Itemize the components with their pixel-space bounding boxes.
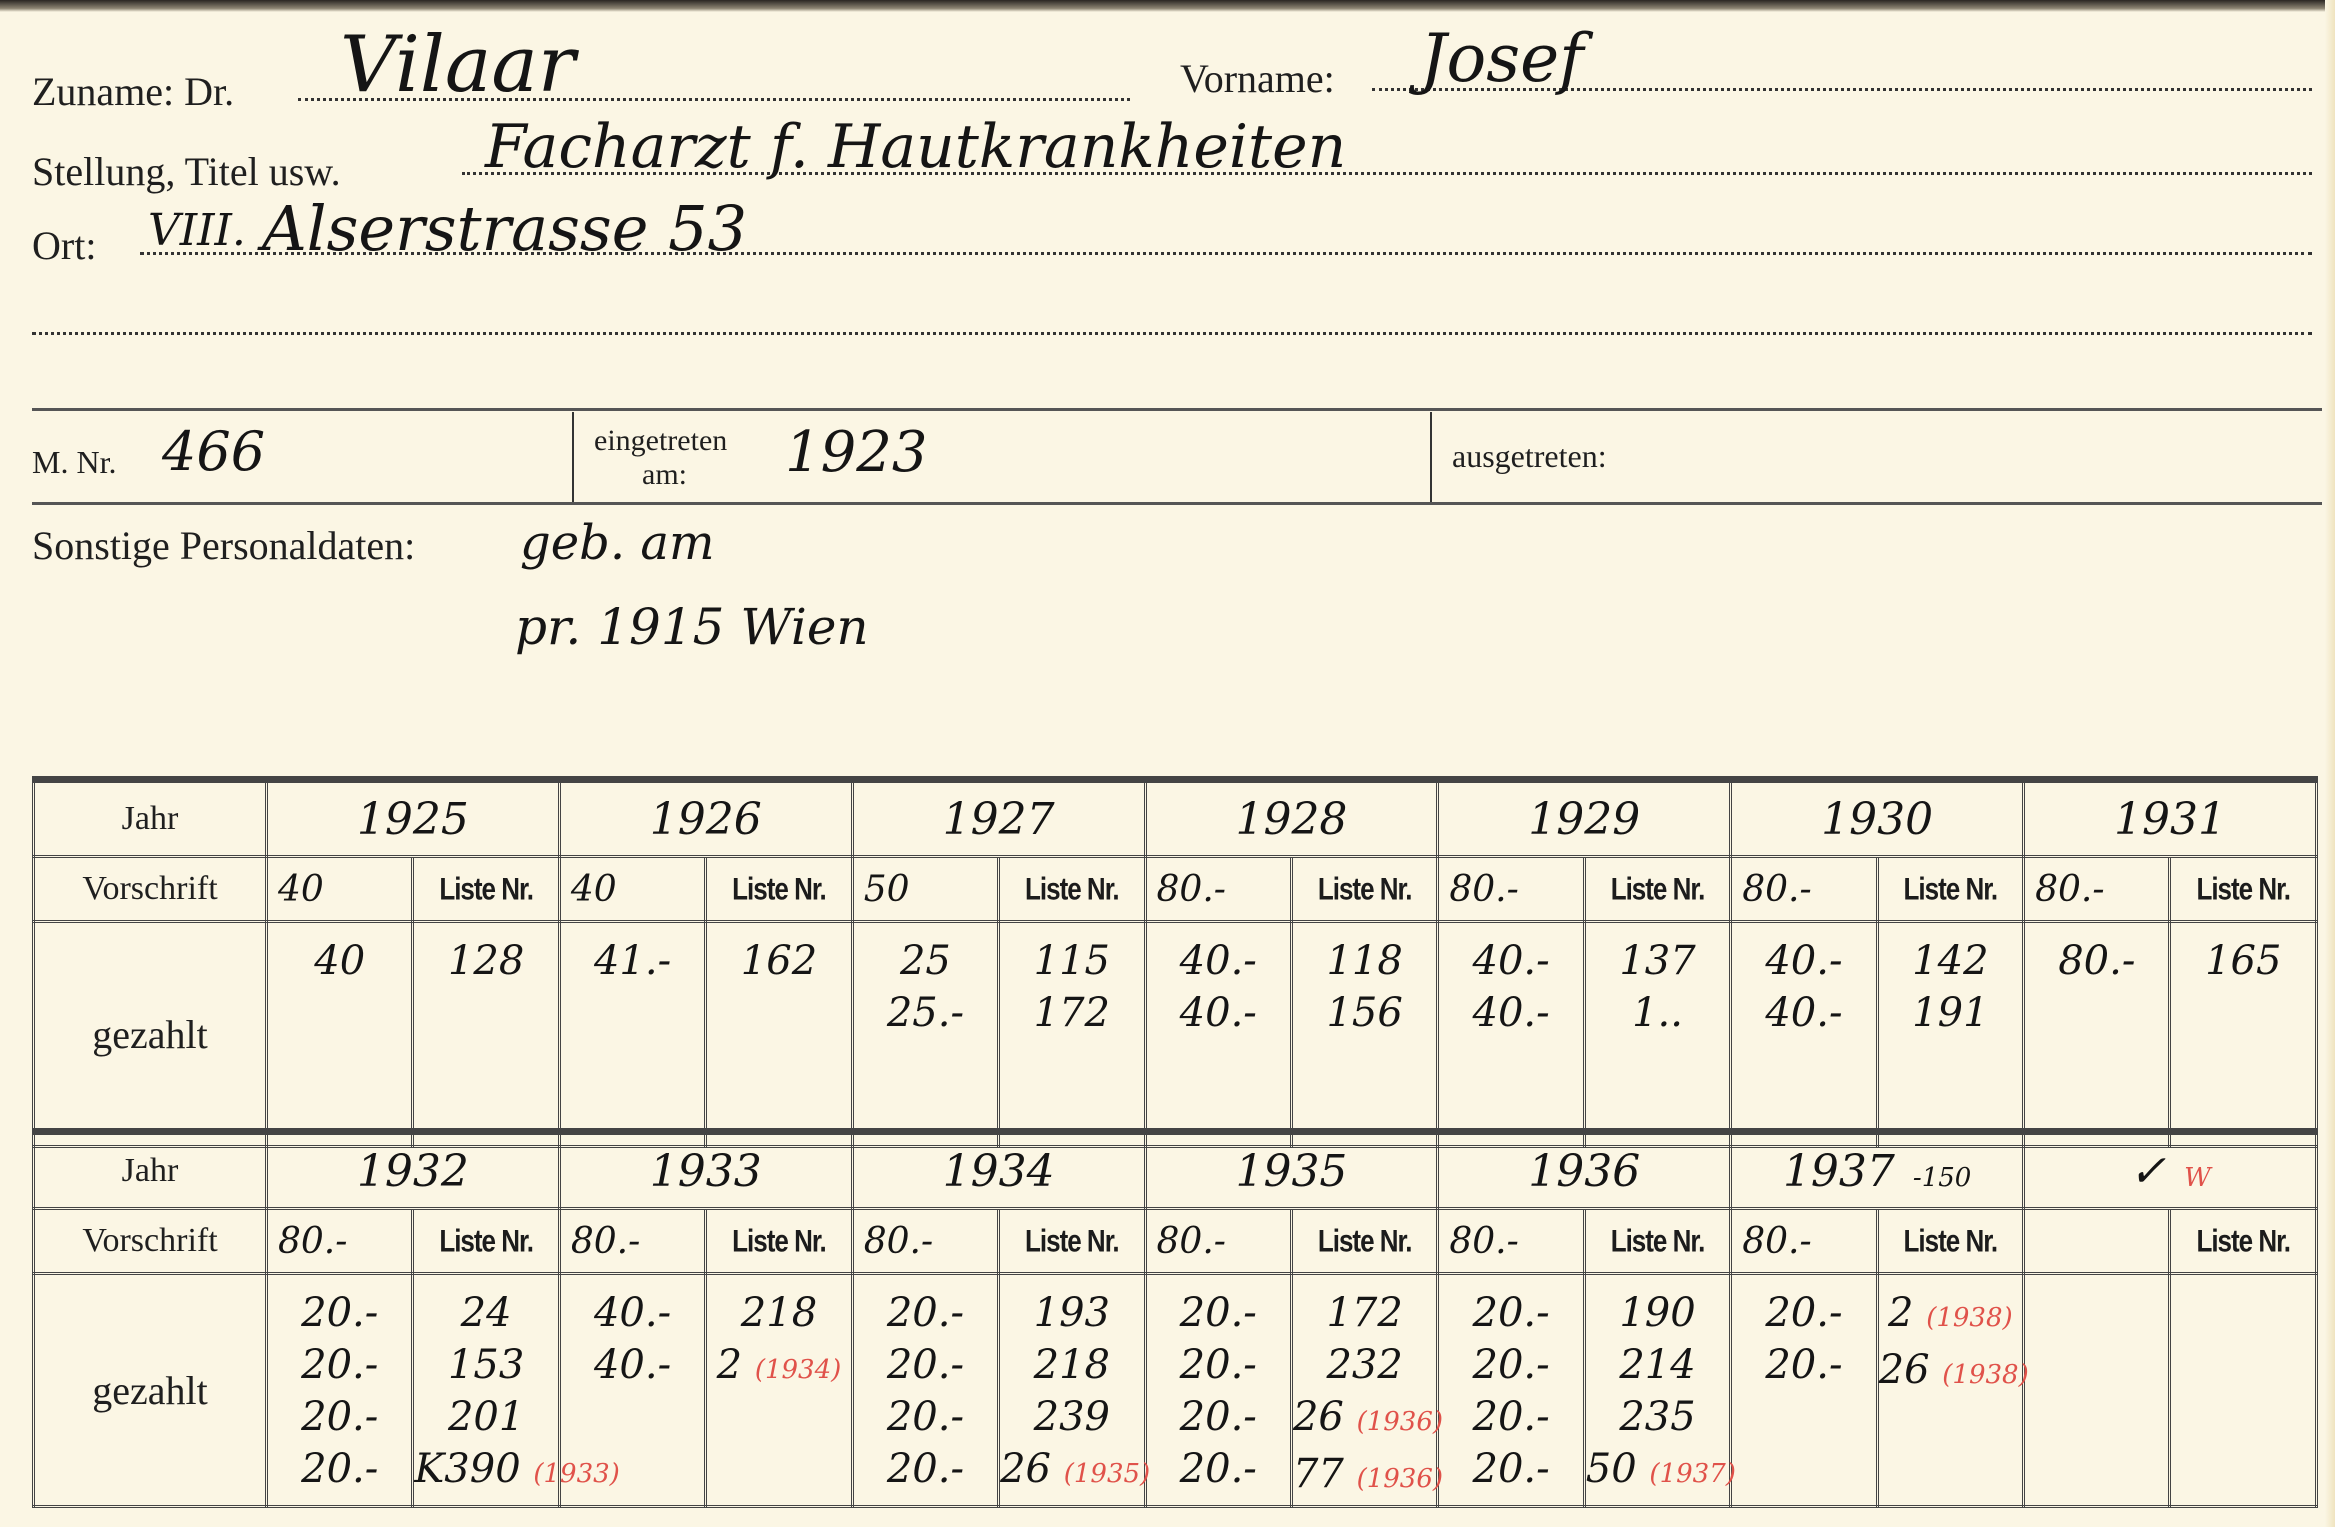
paid-amount: 40.- <box>1439 987 1582 1039</box>
paid-amount: 20.- <box>1439 1339 1582 1391</box>
list-year-note: (1935) <box>1064 1459 1150 1489</box>
year-value: 1935 <box>1235 1146 1347 1197</box>
personal-data-label: Sonstige Personaldaten: <box>32 522 415 569</box>
joined-label-line1: eingetreten <box>594 424 727 458</box>
paid-amount: 20.- <box>854 1339 997 1391</box>
list-numbers: 17223226 (1936)77 (1936) <box>1291 1274 1437 1507</box>
surname-label: Zuname: Dr. <box>32 68 234 115</box>
list-number: 1.. <box>1586 987 1729 1039</box>
year-cell: 1934 <box>852 1132 1145 1209</box>
year-cell: 1928 <box>1145 780 1438 857</box>
list-number: 172 <box>1000 987 1143 1039</box>
list-number: 115 <box>1000 935 1143 987</box>
list-numbers: 165 <box>2170 922 2317 1147</box>
list-numbers: 2 (1938)26 (1938) <box>1877 1274 2023 1507</box>
personal-data-line1: geb. am <box>520 515 715 571</box>
list-number: 214 <box>1586 1339 1729 1391</box>
blank-dotted-line <box>32 332 2312 335</box>
paid-amounts: 40.-40.- <box>1731 922 1877 1147</box>
list-number: 2 (1934) <box>707 1339 850 1396</box>
paid-amount: 40.- <box>1147 987 1290 1039</box>
year-row: Jahr1925192619271928192919301931 <box>34 780 2317 857</box>
year-cell: 1929 <box>1438 780 1731 857</box>
paid-amount: 20.- <box>268 1391 411 1443</box>
paid-amounts: 80.- <box>2024 922 2170 1147</box>
list-number: 26 (1936) <box>1293 1391 1436 1448</box>
list-number: K390 (1933) <box>414 1443 557 1500</box>
list-no-header: Liste Nr. <box>1584 850 1730 928</box>
list-numbers: 142191 <box>1877 922 2023 1147</box>
firstname-value: Josef <box>1420 20 1584 97</box>
year-value: 1928 <box>1235 794 1347 845</box>
paid-amount: 20.- <box>854 1391 997 1443</box>
list-year-note: (1936) <box>1357 1464 1443 1494</box>
year-value: 1929 <box>1528 794 1640 845</box>
prescribed-value <box>2024 1209 2170 1274</box>
year-value: 1933 <box>650 1146 762 1197</box>
list-number: 118 <box>1293 935 1436 987</box>
year-value: 1934 <box>943 1146 1055 1197</box>
list-year-note: (1938) <box>1942 1360 2028 1390</box>
prescribed-row: Vorschrift80.-Liste Nr.80.-Liste Nr.80.-… <box>34 1209 2317 1274</box>
paid-amounts: 20.-20.- <box>1731 1274 1877 1507</box>
member-no-label: M. Nr. <box>32 444 116 481</box>
list-no-header: Liste Nr. <box>2170 850 2317 928</box>
joined-label-line2: am: <box>642 458 687 492</box>
list-numbers: 1371.. <box>1584 922 1730 1147</box>
joined-value: 1923 <box>785 420 928 485</box>
list-no-header: Liste Nr. <box>413 850 559 928</box>
list-number: 201 <box>414 1391 557 1443</box>
prescribed-value: 80.- <box>267 1209 413 1274</box>
paid-amounts: 20.-20.-20.-20.- <box>1145 1274 1291 1507</box>
list-number: 165 <box>2171 935 2315 987</box>
list-number: 77 (1936) <box>1293 1448 1436 1505</box>
year-cell: 1925 <box>267 780 560 857</box>
list-number: 172 <box>1293 1287 1436 1339</box>
year-cell: 1933 <box>559 1132 852 1209</box>
paid-amount: 20.- <box>854 1287 997 1339</box>
year-value: 1937 <box>1783 1146 1895 1197</box>
prescribed-value: 80.- <box>1731 857 1877 922</box>
year-cell: 1930 <box>1731 780 2024 857</box>
list-no-header: Liste Nr. <box>706 1202 852 1280</box>
prescribed-value: 80.- <box>1438 1209 1584 1274</box>
year-value: 1927 <box>943 794 1055 845</box>
prescribed-label: Vorschrift <box>34 1209 267 1274</box>
paid-amount: 20.- <box>1439 1443 1582 1495</box>
list-number: 162 <box>707 935 850 987</box>
paid-amount: 40.- <box>1732 935 1875 987</box>
paid-amount: 20.- <box>1439 1287 1582 1339</box>
list-number: 191 <box>1879 987 2022 1039</box>
personal-data-line2: pr. 1915 Wien <box>515 598 869 656</box>
year-cell: 1932 <box>267 1132 560 1209</box>
year-cell: 1926 <box>559 780 852 857</box>
year-value: 1925 <box>357 794 469 845</box>
list-numbers: 2182 (1934) <box>706 1274 852 1507</box>
list-no-header: Liste Nr. <box>1291 850 1437 928</box>
paid-amount: 20.- <box>1147 1391 1290 1443</box>
year-cell: 1937-150 <box>1731 1132 2024 1209</box>
list-numbers: 128 <box>413 922 559 1147</box>
paid-amount: 40.- <box>561 1287 704 1339</box>
year-value: 1932 <box>357 1146 469 1197</box>
list-no-header: Liste Nr. <box>1877 850 2023 928</box>
year-note: -150 <box>1913 1163 1971 1193</box>
left-label: ausgetreten: <box>1452 438 1607 475</box>
list-numbers: 162 <box>706 922 852 1147</box>
paid-amounts: 20.-20.-20.-20.- <box>852 1274 998 1507</box>
rule-bottom <box>32 502 2322 505</box>
list-no-header: Liste Nr. <box>1584 1202 1730 1280</box>
paid-amount: 40.- <box>1732 987 1875 1039</box>
membership-card: Zuname: Dr. Vilaar Vorname: Josef Stellu… <box>0 0 2335 1527</box>
paid-amounts: 20.-20.-20.-20.- <box>267 1274 413 1507</box>
divider-1 <box>572 412 574 502</box>
year-value: 1930 <box>1821 794 1933 845</box>
list-numbers: 115172 <box>999 922 1145 1147</box>
paid-row: gezahlt20.-20.-20.-20.-24153201K390 (193… <box>34 1274 2317 1507</box>
prescribed-row: Vorschrift40Liste Nr.40Liste Nr.50Liste … <box>34 857 2317 922</box>
list-number: 239 <box>1000 1391 1143 1443</box>
list-number: 50 (1937) <box>1586 1443 1729 1500</box>
paid-label: gezahlt <box>34 1274 267 1507</box>
list-number: 137 <box>1586 935 1729 987</box>
surname-value: Vilaar <box>340 20 575 110</box>
list-number: 232 <box>1293 1339 1436 1391</box>
paid-amounts: 40.-40.- <box>1145 922 1291 1147</box>
paid-amount: 20.- <box>268 1443 411 1495</box>
prescribed-value: 80.- <box>1438 857 1584 922</box>
prescribed-value: 80.- <box>852 1209 998 1274</box>
year-value: 1936 <box>1528 1146 1640 1197</box>
list-numbers: 19321823926 (1935) <box>999 1274 1145 1507</box>
list-number: 156 <box>1293 987 1436 1039</box>
list-year-note: (1938) <box>1926 1303 2012 1333</box>
list-no-header: Liste Nr. <box>1877 1202 2023 1280</box>
year-cell: 1931 <box>2024 780 2317 857</box>
list-number: 218 <box>707 1287 850 1339</box>
member-no-value: 466 <box>162 420 265 483</box>
paid-amount: 40.- <box>1439 935 1582 987</box>
year-cell: 1935 <box>1145 1132 1438 1209</box>
list-year-note: (1934) <box>755 1355 841 1385</box>
year-value: 1931 <box>2114 794 2226 845</box>
paid-amounts: 40 <box>267 922 413 1147</box>
list-no-header: Liste Nr. <box>706 850 852 928</box>
paid-amount: 20.- <box>854 1443 997 1495</box>
year-row: Jahr193219331934193519361937-150✓W <box>34 1132 2317 1209</box>
paid-amounts: 41.- <box>559 922 705 1147</box>
prescribed-value: 80.- <box>1731 1209 1877 1274</box>
list-numbers: 118156 <box>1291 922 1437 1147</box>
paid-row: gezahlt4012841.-1622525.-11517240.-40.-1… <box>34 922 2317 1147</box>
rule-top <box>32 408 2322 411</box>
list-number: 26 (1935) <box>1000 1443 1143 1500</box>
list-no-header: Liste Nr. <box>1291 1202 1437 1280</box>
position-value: Facharzt f. Hautkrankheiten <box>485 112 1346 182</box>
prescribed-value: 80.- <box>1145 1209 1291 1274</box>
fees-table-1925-1931: Jahr1925192619271928192919301931Vorschri… <box>32 776 2318 1148</box>
list-no-header: Liste Nr. <box>999 850 1145 928</box>
year-value: ✓ <box>2129 1146 2166 1197</box>
list-number: 153 <box>414 1339 557 1391</box>
paid-amounts: 40.-40.- <box>1438 922 1584 1147</box>
paid-amount: 20.- <box>1732 1287 1875 1339</box>
paid-amount: 20.- <box>1147 1339 1290 1391</box>
paid-amounts: 2525.- <box>852 922 998 1147</box>
place-value: Alserstrasse 53 <box>262 192 747 265</box>
position-label: Stellung, Titel usw. <box>32 148 341 195</box>
year-cell: 1936 <box>1438 1132 1731 1209</box>
paid-amount: 41.- <box>561 935 704 987</box>
prescribed-value: 80.- <box>2024 857 2170 922</box>
paid-amount: 25.- <box>854 987 997 1039</box>
list-number: 190 <box>1586 1287 1729 1339</box>
paid-amount: 20.- <box>1439 1391 1582 1443</box>
paid-amount: 25 <box>854 935 997 987</box>
list-number: 24 <box>414 1287 557 1339</box>
paid-amount: 20.- <box>1732 1339 1875 1391</box>
paid-amounts <box>2024 1274 2170 1507</box>
list-no-header: Liste Nr. <box>999 1202 1145 1280</box>
paid-amount: 20.- <box>268 1339 411 1391</box>
fees-table-1932-1938: Jahr193219331934193519361937-150✓WVorsch… <box>32 1128 2318 1508</box>
list-no-header: Liste Nr. <box>413 1202 559 1280</box>
year-cell: 1927 <box>852 780 1145 857</box>
year-value: 1926 <box>650 794 762 845</box>
list-number: 128 <box>414 935 557 987</box>
prescribed-value: 50 <box>852 857 998 922</box>
prescribed-value: 40 <box>559 857 705 922</box>
paid-amounts: 20.-20.-20.-20.- <box>1438 1274 1584 1507</box>
paid-label: gezahlt <box>34 922 267 1147</box>
paid-amount: 40 <box>268 935 411 987</box>
prescribed-value: 80.- <box>1145 857 1291 922</box>
divider-2 <box>1430 412 1432 502</box>
year-note: W <box>2184 1163 2211 1193</box>
list-numbers <box>2170 1274 2317 1507</box>
paid-amount: 20.- <box>268 1287 411 1339</box>
paid-amount: 80.- <box>2025 935 2168 987</box>
list-number: 218 <box>1000 1339 1143 1391</box>
place-label: Ort: <box>32 222 96 269</box>
prescribed-value: 40 <box>267 857 413 922</box>
list-no-header: Liste Nr. <box>2170 1202 2317 1280</box>
list-year-note: (1933) <box>533 1459 619 1489</box>
place-district: VIII. <box>148 205 246 256</box>
list-year-note: (1937) <box>1649 1459 1735 1489</box>
year-label: Jahr <box>34 1132 267 1209</box>
paid-amount: 20.- <box>1147 1443 1290 1495</box>
list-numbers: 24153201K390 (1933) <box>413 1274 559 1507</box>
list-number: 235 <box>1586 1391 1729 1443</box>
prescribed-value: 80.- <box>559 1209 705 1274</box>
list-year-note: (1936) <box>1357 1407 1443 1437</box>
paid-amount: 40.- <box>561 1339 704 1391</box>
list-number: 193 <box>1000 1287 1143 1339</box>
list-numbers: 19021423550 (1937) <box>1584 1274 1730 1507</box>
list-number: 2 (1938) <box>1879 1287 2022 1344</box>
firstname-label: Vorname: <box>1180 55 1335 102</box>
prescribed-label: Vorschrift <box>34 857 267 922</box>
year-label: Jahr <box>34 780 267 857</box>
paid-amount: 20.- <box>1147 1287 1290 1339</box>
year-cell: ✓W <box>2024 1132 2317 1209</box>
paid-amount: 40.- <box>1147 935 1290 987</box>
list-number: 142 <box>1879 935 2022 987</box>
list-number: 26 (1938) <box>1879 1344 2022 1401</box>
